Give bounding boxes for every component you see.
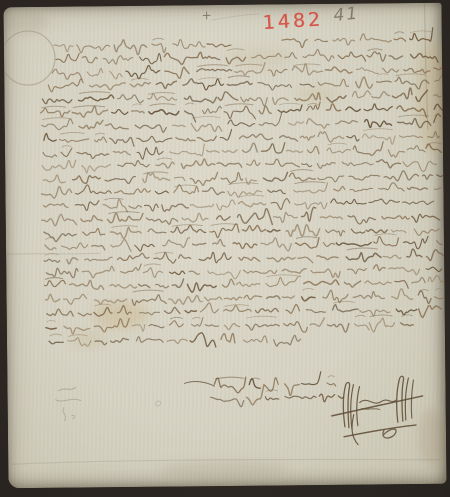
cross-mark: + <box>202 8 212 22</box>
manuscript-text-block <box>40 28 446 349</box>
parchment-page: + 1482 41 <box>3 3 446 489</box>
pencil-scribble <box>55 387 161 421</box>
manuscript-layer <box>3 3 446 489</box>
year-mark: 1482 <box>262 8 324 34</box>
scan-backdrop: + 1482 41 <box>0 0 450 497</box>
archive-number-mark: 41 <box>333 4 360 26</box>
signature-block <box>184 372 343 408</box>
paper-stains <box>3 6 446 483</box>
notarial-rubric <box>331 376 423 445</box>
watermark-circle <box>3 31 55 86</box>
